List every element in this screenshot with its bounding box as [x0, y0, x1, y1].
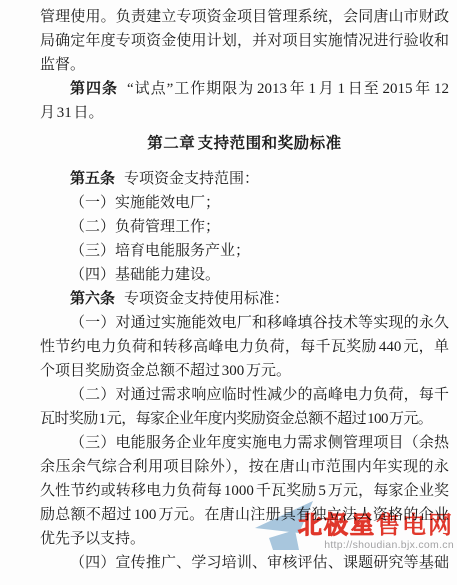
doc-line: 第四条“试点”工作期限为 2013 年 1 月 1 日至 2015 年 12 [40, 77, 449, 101]
doc-line: （二）对通过需求响应临时性减少的高峰电力负荷，每千 [40, 383, 449, 407]
doc-line: 第六条专项资金支持使用标准： [40, 287, 449, 311]
doc-line: （四）宣传推广、学习培训、审核评估、课题研究等基础 [40, 551, 449, 575]
doc-line: （四）基础能力建设。 [40, 263, 449, 287]
doc-line: 久性节约或转移电力负荷每 1000 千瓦奖励 5 万元，每家企业奖 [40, 479, 449, 503]
article-number: 第六条 [70, 291, 115, 307]
doc-line: 管理使用。负责建立专项资金项目管理系统，会同唐山市财政 [40, 5, 449, 29]
article-number: 第四条 [70, 81, 118, 97]
doc-line: 月 31 日。 [40, 101, 449, 125]
doc-line: （三）电能服务企业年度实施电力需求侧管理项目（余热 [40, 431, 449, 455]
doc-line: 性节约电力负荷和转移高峰电力负荷，每千瓦奖励 440 元，单 [40, 335, 449, 359]
doc-line: （三）培育电能服务产业； [40, 239, 449, 263]
doc-line: （二）负荷管理工作； [40, 215, 449, 239]
document-page: 管理使用。负责建立专项资金项目管理系统，会同唐山市财政 局确定年度专项资金使用计… [0, 0, 457, 585]
doc-line: 余压余气综合利用项目除外），按在唐山市范围内年实现的永 [40, 455, 449, 479]
doc-line-text: 专项资金支持范围： [124, 171, 259, 187]
chapter-heading: 第二章 支持范围和奖励标准 [40, 132, 449, 156]
doc-line: 优先予以支持。 [40, 527, 449, 551]
doc-line: 局确定年度专项资金使用计划，并对项目实施情况进行验收和 [40, 29, 449, 53]
doc-line: 励总额不超过 100 万元。在唐山注册具有独立法人资格的企业 [40, 503, 449, 527]
doc-line: （一）实施能效电厂； [40, 191, 449, 215]
doc-line: 个项目奖励资金总额不超过 300 万元。 [40, 359, 449, 383]
doc-line: 第五条专项资金支持范围： [40, 167, 449, 191]
doc-line: 监督。 [40, 53, 449, 77]
doc-line: （一）对通过实施能效电厂和移峰填谷技术等实现的永久 [40, 311, 449, 335]
doc-line: 瓦时奖励 1 元，每家企业年度内奖励资金总额不超过 100 万元。 [40, 407, 449, 431]
doc-line-text: 专项资金支持使用标准： [124, 291, 289, 307]
doc-line-text: “试点”工作期限为 2013 年 1 月 1 日至 2015 年 12 [127, 81, 449, 97]
article-number: 第五条 [70, 171, 115, 187]
